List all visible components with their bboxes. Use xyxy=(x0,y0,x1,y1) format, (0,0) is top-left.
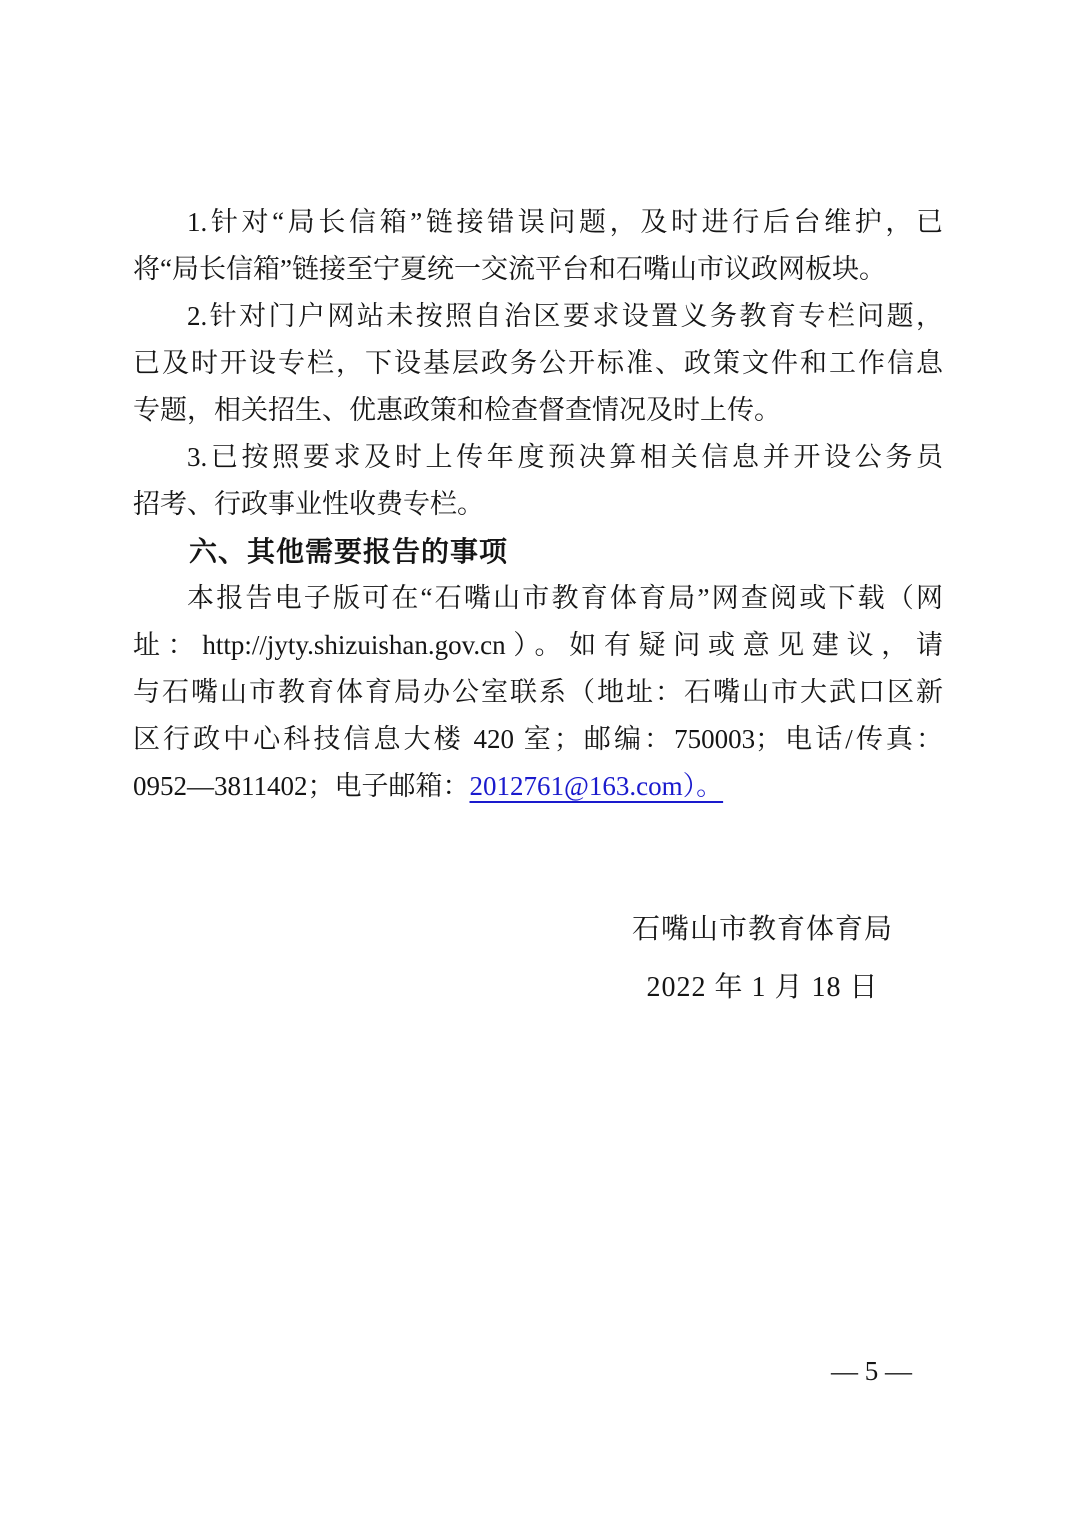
section-heading: 六、其他需要报告的事项 xyxy=(133,528,943,575)
list-item-2-line: 专题，相关招生、优惠政策和检查督查情况及时上传。 xyxy=(133,387,943,434)
email-link[interactable]: 2012761@163.com）。 xyxy=(470,771,724,801)
document-page: 1.针对“局长信箱”链接错误问题，及时进行后台维护，已 将“局长信箱”链接至宁夏… xyxy=(0,0,1074,1520)
list-item-1-line: 1.针对“局长信箱”链接错误问题，及时进行后台维护，已 xyxy=(133,199,943,246)
list-item-3-line: 招考、行政事业性收费专栏。 xyxy=(133,481,943,528)
contact-paragraph-line: 与石嘴山市教育体育局办公室联系（地址：石嘴山市大武口区新 xyxy=(133,669,943,716)
contact-paragraph-line: 本报告电子版可在“石嘴山市教育体育局”网查阅或下载（网 xyxy=(133,575,943,622)
document-body: 1.针对“局长信箱”链接错误问题，及时进行后台维护，已 将“局长信箱”链接至宁夏… xyxy=(133,199,943,810)
contact-line-prefix: 0952—3811402；电子邮箱： xyxy=(133,771,470,801)
signature-date: 2022 年 1 月 18 日 xyxy=(632,959,893,1017)
contact-paragraph-line: 址：http://jyty.shizuishan.gov.cn）。如有疑问或意见… xyxy=(133,622,943,669)
signature-block: 石嘴山市教育体育局 2022 年 1 月 18 日 xyxy=(632,901,893,1017)
contact-paragraph-last-line: 0952—3811402；电子邮箱：2012761@163.com）。 xyxy=(133,763,943,810)
list-item-3-line: 3.已按照要求及时上传年度预决算相关信息并开设公务员 xyxy=(133,434,943,481)
page-number: — 5 — xyxy=(831,1356,912,1387)
signature-org: 石嘴山市教育体育局 xyxy=(632,901,893,959)
list-item-1-line: 将“局长信箱”链接至宁夏统一交流平台和石嘴山市议政网板块。 xyxy=(133,246,943,293)
list-item-2-line: 已及时开设专栏，下设基层政务公开标准、政策文件和工作信息 xyxy=(133,340,943,387)
list-item-2-line: 2.针对门户网站未按照自治区要求设置义务教育专栏问题， xyxy=(133,293,943,340)
contact-paragraph-line: 区行政中心科技信息大楼 420 室；邮编：750003；电话/传真： xyxy=(133,716,943,763)
